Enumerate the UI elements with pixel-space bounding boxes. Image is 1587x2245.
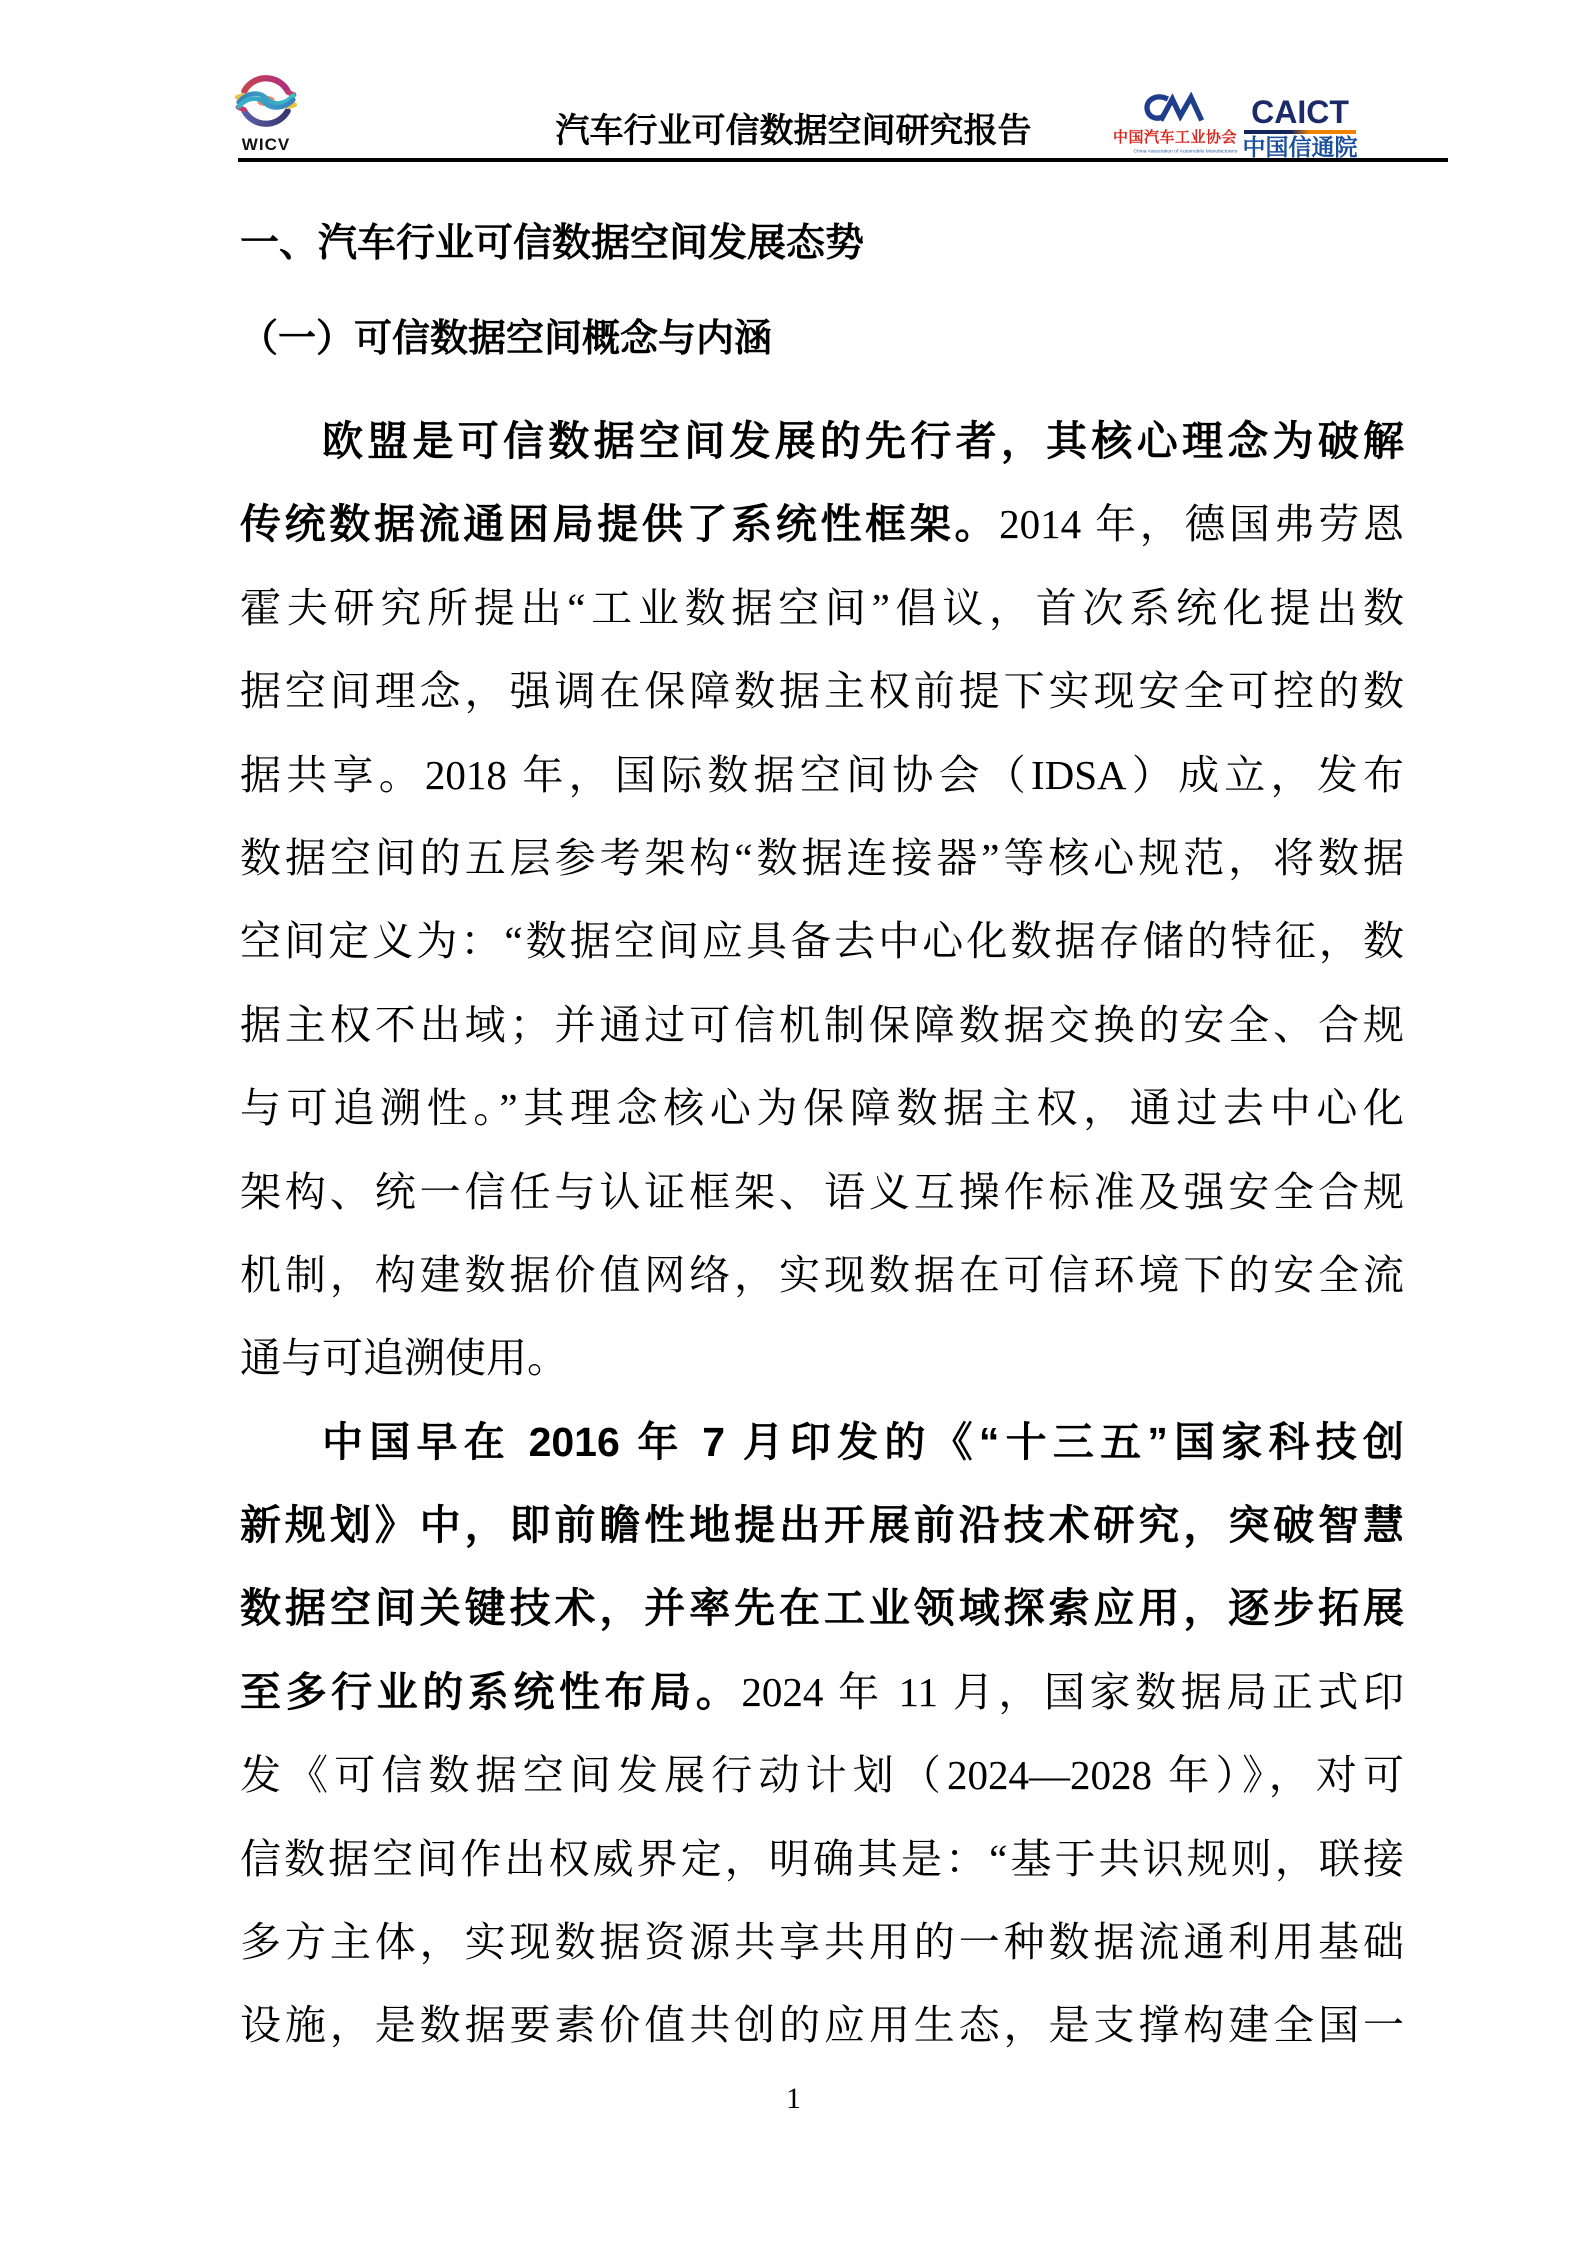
- body-line: 数据空间关键技术，并率先在工业领域探索应用，逐步拓展: [240, 1567, 1404, 1650]
- caam-logo: 中国汽车工业协会 China Association of Automobile…: [1108, 92, 1242, 157]
- text-run: 多方主体，实现数据资源共享共用的一种数据流通利用基础: [240, 1919, 1404, 1965]
- text-run: 据共享。2018 年，国际数据空间协会（IDSA）成立，发布: [240, 752, 1404, 798]
- text-run: 数据空间关键技术，并率先在工业领域探索应用，逐步拓展: [240, 1585, 1404, 1631]
- body-line: 据空间理念，强调在保障数据主权前提下实现安全可控的数: [240, 650, 1404, 733]
- caict-logo: CAICT 中国信通院: [1238, 96, 1362, 159]
- body-line: 至多行业的系统性布局。2024 年 11 月，国家数据局正式印: [240, 1651, 1404, 1734]
- body-line: 设施，是数据要素价值共创的应用生态，是支撑构建全国一: [240, 1984, 1404, 2067]
- body-line: 信数据空间作出权威界定，明确其是：“基于共识规则，联接: [240, 1818, 1404, 1901]
- header-divider: [238, 158, 1448, 162]
- text-run: 新规划》中，即前瞻性地提出开展前沿技术研究，突破智慧: [240, 1502, 1404, 1548]
- text-run: 2024 年 11 月，国家数据局正式印: [741, 1669, 1404, 1715]
- document-page: WICV 汽车行业可信数据空间研究报告 中国汽车工业协会 China Assoc…: [0, 0, 1587, 2245]
- caict-name: 中国信通院: [1238, 136, 1362, 159]
- caam-name: 中国汽车工业协会: [1108, 126, 1242, 147]
- body-line: 中国早在 2016 年 7 月印发的《“十三五”国家科技创: [240, 1401, 1404, 1484]
- caam-subtitle: China Association of Automobile Manufact…: [1133, 148, 1216, 154]
- text-run: 中国早在 2016 年 7 月印发的《“十三五”国家科技创: [322, 1419, 1404, 1465]
- text-run: 传统数据流通困局提供了系统性框架。: [240, 501, 999, 547]
- body-line: 数据空间的五层参考架构“数据连接器”等核心规范，将数据: [240, 817, 1404, 900]
- body-line: 传统数据流通困局提供了系统性框架。2014 年，德国弗劳恩: [240, 483, 1404, 566]
- page-number: 1: [0, 2082, 1587, 2116]
- body-line: 发《可信数据空间发展行动计划（2024—2028 年）》，对可: [240, 1734, 1404, 1817]
- section-heading: 一、汽车行业可信数据空间发展态势: [240, 224, 864, 263]
- body-line: 机制，构建数据价值网络，实现数据在可信环境下的安全流: [240, 1234, 1404, 1317]
- text-run: 数据空间的五层参考架构“数据连接器”等核心规范，将数据: [240, 835, 1404, 881]
- body-text: 欧盟是可信数据空间发展的先行者，其核心理念为破解传统数据流通困局提供了系统性框架…: [240, 400, 1404, 2068]
- text-run: 据空间理念，强调在保障数据主权前提下实现安全可控的数: [240, 668, 1404, 714]
- text-run: 通与可追溯使用。: [240, 1335, 568, 1381]
- text-run: 至多行业的系统性布局。: [240, 1669, 741, 1715]
- text-run: 霍夫研究所提出“工业数据空间”倡议，首次系统化提出数: [240, 585, 1404, 631]
- text-run: 机制，构建数据价值网络，实现数据在可信环境下的安全流: [240, 1252, 1404, 1298]
- body-line: 新规划》中，即前瞻性地提出开展前沿技术研究，突破智慧: [240, 1484, 1404, 1567]
- body-line: 霍夫研究所提出“工业数据空间”倡议，首次系统化提出数: [240, 567, 1404, 650]
- body-line: 据主权不出域；并通过可信机制保障数据交换的安全、合规: [240, 984, 1404, 1067]
- text-run: 空间定义为：“数据空间应具备去中心化数据存储的特征，数: [240, 918, 1404, 964]
- body-line: 欧盟是可信数据空间发展的先行者，其核心理念为破解: [240, 400, 1404, 483]
- body-line: 架构、统一信任与认证框架、语义互操作标准及强安全合规: [240, 1151, 1404, 1234]
- text-run: 发《可信数据空间发展行动计划（2024—2028 年）》，对可: [240, 1752, 1404, 1798]
- caict-acronym: CAICT: [1238, 96, 1362, 128]
- caam-cm-icon: [1140, 92, 1210, 124]
- text-run: 欧盟是可信数据空间发展的先行者，其核心理念为破解: [322, 418, 1404, 464]
- body-line: 空间定义为：“数据空间应具备去中心化数据存储的特征，数: [240, 900, 1404, 983]
- body-line: 多方主体，实现数据资源共享共用的一种数据流通利用基础: [240, 1901, 1404, 1984]
- text-run: 设施，是数据要素价值共创的应用生态，是支撑构建全国一: [240, 2002, 1404, 2048]
- text-run: 信数据空间作出权威界定，明确其是：“基于共识规则，联接: [240, 1836, 1404, 1882]
- text-run: 与可追溯性。”其理念核心为保障数据主权，通过去中心化: [240, 1085, 1404, 1131]
- body-line: 与可追溯性。”其理念核心为保障数据主权，通过去中心化: [240, 1067, 1404, 1150]
- body-line: 通与可追溯使用。: [240, 1317, 1404, 1400]
- body-line: 据共享。2018 年，国际数据空间协会（IDSA）成立，发布: [240, 734, 1404, 817]
- text-run: 架构、统一信任与认证框架、语义互操作标准及强安全合规: [240, 1169, 1404, 1215]
- text-run: 2014 年，德国弗劳恩: [999, 501, 1404, 547]
- subsection-heading: （一）可信数据空间概念与内涵: [240, 320, 772, 358]
- text-run: 据主权不出域；并通过可信机制保障数据交换的安全、合规: [240, 1002, 1404, 1048]
